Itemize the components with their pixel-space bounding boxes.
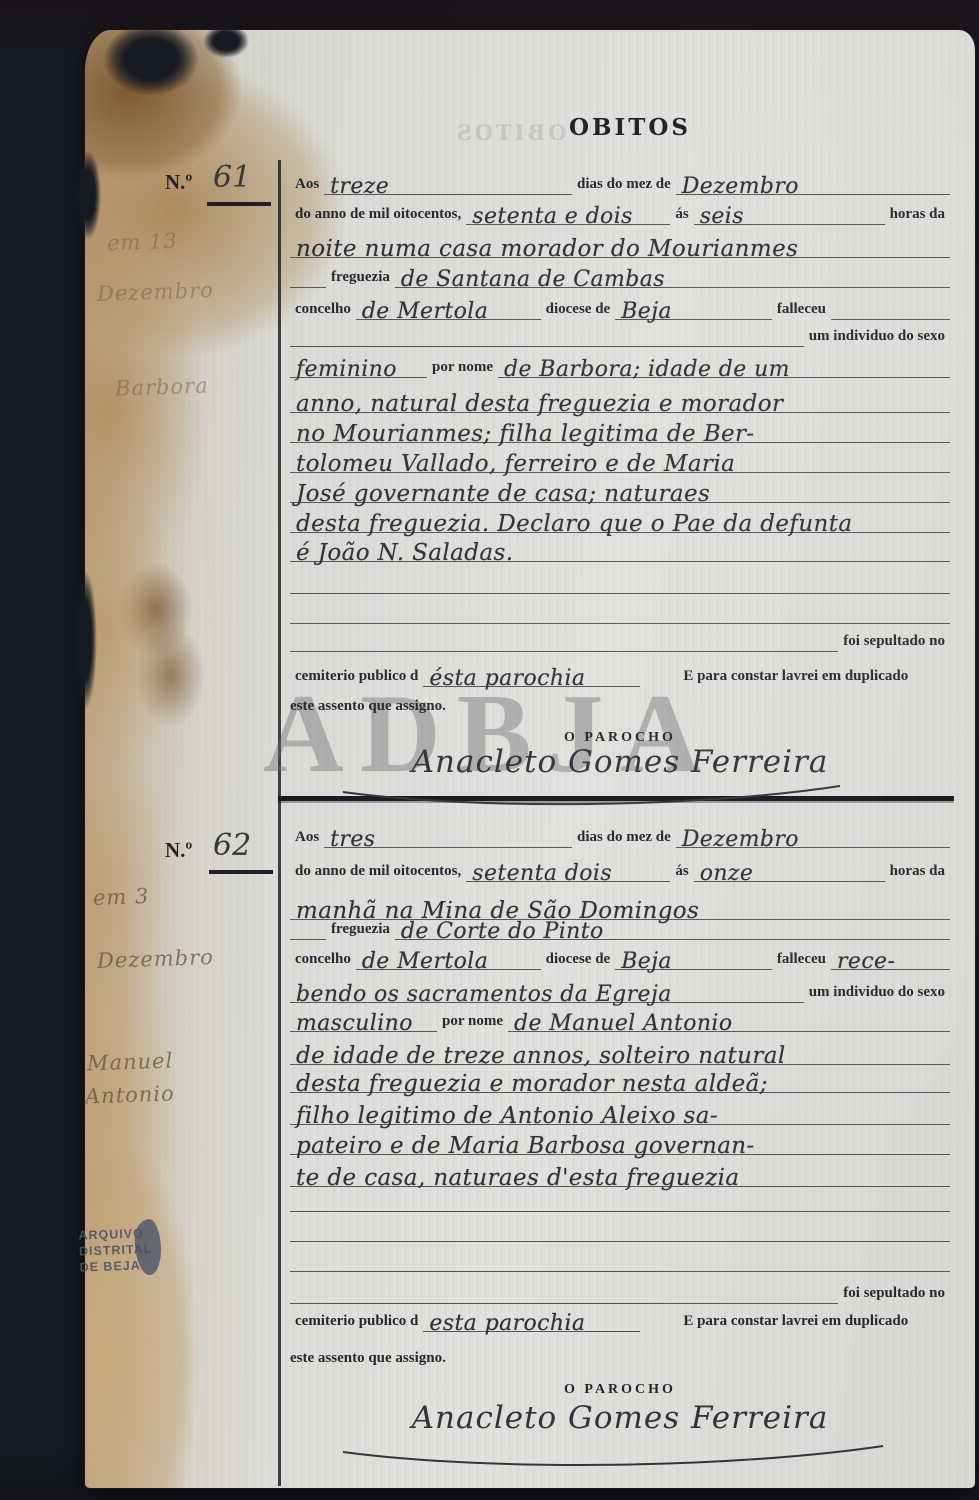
form-line-year-hour: do anno de mil oitocentos, setenta dois … <box>290 852 950 882</box>
margin-note: Antonio <box>85 1081 175 1108</box>
form-line-blank <box>290 1182 950 1212</box>
parocho-label: O PAROCHO <box>290 1382 950 1398</box>
form-line-freguezia: freguezia de Santana de Cambas <box>290 258 950 288</box>
form-line-body: é João N. Saladas. <box>290 532 950 562</box>
hw-falleceu-note: rece- <box>837 952 895 972</box>
scanned-register-page: OBITOS OBITOS ADBJA N.º 61 em 13 Dezembr… <box>0 0 979 1500</box>
paper-tear <box>75 150 101 240</box>
form-line-assento: este assento que assigno. <box>290 1350 446 1367</box>
hw-year: setenta dois <box>472 864 612 884</box>
paper-tear <box>203 24 249 58</box>
hw-hour: seis <box>700 207 744 227</box>
hw-nome: de Manuel Antonio <box>514 1014 733 1034</box>
hw-cemiterio: esta parochia <box>429 1314 585 1334</box>
form-line-body: José governante de casa; naturaes <box>290 473 950 503</box>
form-line-date: Aos tres dias do mez de Dezembro <box>290 818 950 848</box>
form-line-nome: masculino por nome de Manuel Antonio <box>290 1002 950 1032</box>
hw-freguezia: de Santana de Cambas <box>401 270 665 290</box>
margin-note: em 13 <box>107 229 179 255</box>
record-number-underline <box>209 870 273 874</box>
form-line-body: desta freguezia. Declaro que o Pae da de… <box>290 503 950 533</box>
hw-diocese: Beja <box>621 952 672 972</box>
form-line-blank <box>290 564 950 594</box>
margin-note: Manuel <box>87 1049 174 1076</box>
hw-month: Dezembro <box>682 830 799 850</box>
form-line-body: pateiro e de Maria Barbosa governan- <box>290 1125 950 1155</box>
form-line-sepultado: foi sepultado no <box>290 1274 950 1304</box>
form-line-place: noite numa casa morador do Mourianmes <box>290 228 950 258</box>
signature-flourish <box>335 1438 895 1468</box>
form-line-cemiterio: cemiterio publico d ésta parochia E para… <box>290 657 950 687</box>
margin-note: Dezembro <box>97 278 215 306</box>
record-number-prefix: N.º <box>165 838 192 863</box>
priest-signature: Anacleto Gomes Ferreira <box>290 1400 950 1436</box>
form-line-sepultado: foi sepultado no <box>290 622 950 652</box>
hw-year: setenta e dois <box>472 207 633 227</box>
form-line-assento: este assento que assigno. <box>290 698 446 715</box>
form-line-body: anno, natural desta freguezia e morador <box>290 383 950 413</box>
form-line-blank <box>290 1242 950 1272</box>
paper-sheet: OBITOS OBITOS ADBJA N.º 61 em 13 Dezembr… <box>85 30 975 1488</box>
margin-note: em 3 <box>93 884 150 910</box>
form-line-date: Aos treze dias do mez de Dezembro <box>290 165 950 195</box>
hw-sexo: masculino <box>296 1014 413 1034</box>
hw-nome: de Barbora; idade de um <box>504 360 790 380</box>
hw-concelho: de Mertola <box>362 952 488 972</box>
signature-flourish <box>335 780 855 806</box>
form-line-blank <box>290 594 950 624</box>
hw-sexo: feminino <box>296 360 397 380</box>
form-line-body: no Mourianmes; filha legitima de Ber- <box>290 413 950 443</box>
archive-stamp: ARQUIVO DISTRITAL DE BEJA <box>78 1224 168 1275</box>
form-line-concelho: concelho de Mertola diocese de Beja fall… <box>290 940 950 970</box>
margin-note: Barbora <box>115 373 209 400</box>
form-line-individuo: bendo os sacramentos da Egreja um indivi… <box>290 973 950 1003</box>
priest-signature: Anacleto Gomes Ferreira <box>290 744 950 780</box>
paper-tear <box>103 22 199 96</box>
form-line-body: filho legitimo de Antonio Aleixo sa- <box>290 1095 950 1125</box>
form-line-year-hour: do anno de mil oitocentos, setenta e doi… <box>290 195 950 225</box>
hw-day: tres <box>330 830 375 850</box>
form-line-body: desta freguezia e morador nesta aldeã; <box>290 1063 950 1093</box>
page-title: OBITOS <box>485 114 775 141</box>
record-number-underline <box>207 202 271 206</box>
record-number-value: 61 <box>213 160 251 195</box>
record-number-value: 62 <box>213 828 251 863</box>
margin-note: Dezembro <box>97 945 215 973</box>
form-line-concelho: concelho de Mertola diocese de Beja fall… <box>290 290 950 320</box>
form-line-freguezia: freguezia de Corte do Pinto <box>290 910 950 940</box>
record-number-prefix: N.º <box>165 170 192 195</box>
hw-place: noite numa casa morador do Mourianmes <box>296 239 798 260</box>
form-line-body: tolomeu Vallado, ferreiro e de Maria <box>290 443 950 473</box>
hw-hour: onze <box>700 864 754 884</box>
form-line-nome: feminino por nome de Barbora; idade de u… <box>290 348 950 378</box>
hw-cemiterio: ésta parochia <box>429 669 585 689</box>
form-line-individuo: um individuo do sexo <box>290 317 950 347</box>
form-line-blank <box>290 1212 950 1242</box>
form-left-rule <box>278 160 281 1486</box>
paper-tear <box>73 570 97 710</box>
form-line-cemiterio: cemiterio publico d esta parochia E para… <box>290 1302 950 1332</box>
form-line-body: de idade de treze annos, solteiro natura… <box>290 1035 950 1065</box>
